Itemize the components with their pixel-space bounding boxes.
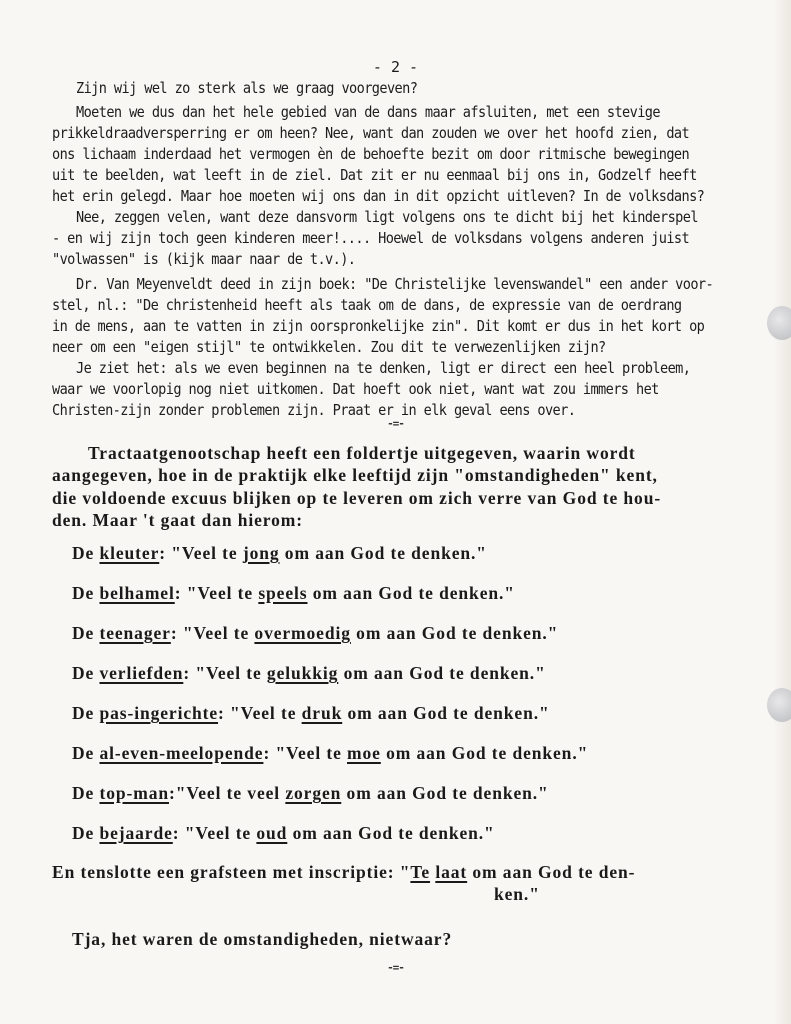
excuse-word: gelukkig (267, 663, 338, 683)
paragraph-line: Je ziet het: als we even beginnen na te … (76, 360, 690, 377)
age-group: al-even-meelopende (99, 743, 263, 763)
excuse-word: zorgen (285, 783, 341, 803)
excuse-text: : "Veel te (218, 703, 302, 723)
excuse-item: De belhamel: "Veel te speels om aan God … (72, 583, 515, 604)
page-edge (773, 0, 791, 1024)
excuse-item: De top-man:"Veel te veel zorgen om aan G… (72, 783, 549, 804)
excuse-text: om aan God te denken." (308, 583, 515, 603)
page-number: - 2 - (0, 58, 791, 76)
age-group: top-man (99, 783, 169, 803)
separator: -=- (0, 417, 791, 430)
paragraph-line: waar we voorlopig nog niet uitkomen. Dat… (52, 381, 659, 398)
excuse-text: : "Veel te (263, 743, 347, 763)
excuse-text: De (72, 663, 99, 683)
paragraph-line: het erin gelegd. Maar hoe moeten wij ons… (52, 188, 704, 205)
excuse-item: De pas-ingerichte: "Veel te druk om aan … (72, 703, 550, 724)
excuse-word: jong (243, 543, 280, 563)
excuse-text: : "Veel te (183, 663, 267, 683)
excuse-text: om aan God te denken." (342, 703, 549, 723)
punch-hole (767, 306, 791, 340)
document-page: - 2 - Zijn wij wel zo sterk als we graag… (0, 0, 791, 1024)
excuse-text: : "Veel te (175, 583, 259, 603)
age-group: kleuter (99, 543, 159, 563)
paragraph-line: Dr. Van Meyenveldt deed in zijn boek: "D… (76, 276, 713, 293)
punch-hole (767, 688, 791, 722)
closing-line: Tja, het waren de omstandigheden, nietwa… (72, 929, 452, 950)
paragraph-line: Moeten we dus dan het hele gebied van de… (76, 104, 660, 121)
intro-line: den. Maar 't gaat dan hierom: (52, 510, 303, 531)
gravestone-continuation: ken." (494, 884, 540, 905)
excuse-item: De bejaarde: "Veel te oud om aan God te … (72, 823, 495, 844)
excuse-word: speels (258, 583, 307, 603)
excuse-text: De (72, 703, 99, 723)
excuse-text: De (72, 783, 99, 803)
excuse-text: om aan God te denken." (351, 623, 558, 643)
excuse-text: :"Veel te veel (169, 783, 285, 803)
paragraph-line: in de mens, aan te vatten in zijn oorspr… (52, 318, 704, 335)
paragraph-line: neer om een "eigen stijl" te ontwikkelen… (52, 339, 606, 356)
excuse-text: om aan God te denken." (338, 663, 545, 683)
paragraph-line: stel, nl.: "De christenheid heeft als ta… (52, 297, 681, 314)
paragraph-line: Nee, zeggen velen, want deze dansvorm li… (76, 209, 698, 226)
intro-line: Tractaatgenootschap heeft een foldertje … (88, 443, 636, 464)
age-group: bejaarde (99, 823, 172, 843)
excuse-text: : "Veel te (171, 623, 255, 643)
paragraph-line: prikkeldraadversperring er om heen? Nee,… (52, 125, 689, 142)
age-group: pas-ingerichte (99, 703, 218, 723)
age-group: teenager (99, 623, 170, 643)
excuse-text: om aan God te denken." (287, 823, 494, 843)
excuse-word: overmoedig (254, 623, 350, 643)
excuse-item: De verliefden: "Veel te gelukkig om aan … (72, 663, 546, 684)
excuse-text: De (72, 823, 99, 843)
excuse-text: om aan God te denken." (381, 743, 588, 763)
excuse-item: De al-even-meelopende: "Veel te moe om a… (72, 743, 588, 764)
paragraph-line: "volwassen" is (kijk maar naar de t.v.). (52, 251, 355, 268)
gravestone-line: En tenslotte een grafsteen met inscripti… (52, 862, 635, 883)
paragraph-line: Zijn wij wel zo sterk als we graag voorg… (76, 80, 417, 97)
excuse-text: : "Veel te (173, 823, 257, 843)
excuse-text: De (72, 623, 99, 643)
separator: -=- (0, 961, 791, 974)
paragraph-line: uit te beelden, wat leeft in de ziel. Da… (52, 167, 697, 184)
excuse-text: om aan God te denken." (341, 783, 548, 803)
excuse-word: oud (256, 823, 287, 843)
age-group: verliefden (99, 663, 183, 683)
intro-line: die voldoende excuus blijken op te lever… (52, 488, 661, 509)
paragraph-line: ons lichaam inderdaad het vermogen èn de… (52, 146, 689, 163)
excuse-text: : "Veel te (159, 543, 243, 563)
excuse-text: De (72, 743, 99, 763)
excuse-item: De teenager: "Veel te overmoedig om aan … (72, 623, 558, 644)
excuse-text: De (72, 543, 99, 563)
paragraph-line: - en wij zijn toch geen kinderen meer!..… (52, 230, 689, 247)
intro-line: aangegeven, hoe in de praktijk elke leef… (52, 465, 658, 486)
excuse-item: De kleuter: "Veel te jong om aan God te … (72, 543, 487, 564)
age-group: belhamel (99, 583, 174, 603)
excuse-word: druk (302, 703, 343, 723)
excuse-text: De (72, 583, 99, 603)
excuse-word: moe (347, 743, 381, 763)
excuse-text: om aan God te denken." (280, 543, 487, 563)
